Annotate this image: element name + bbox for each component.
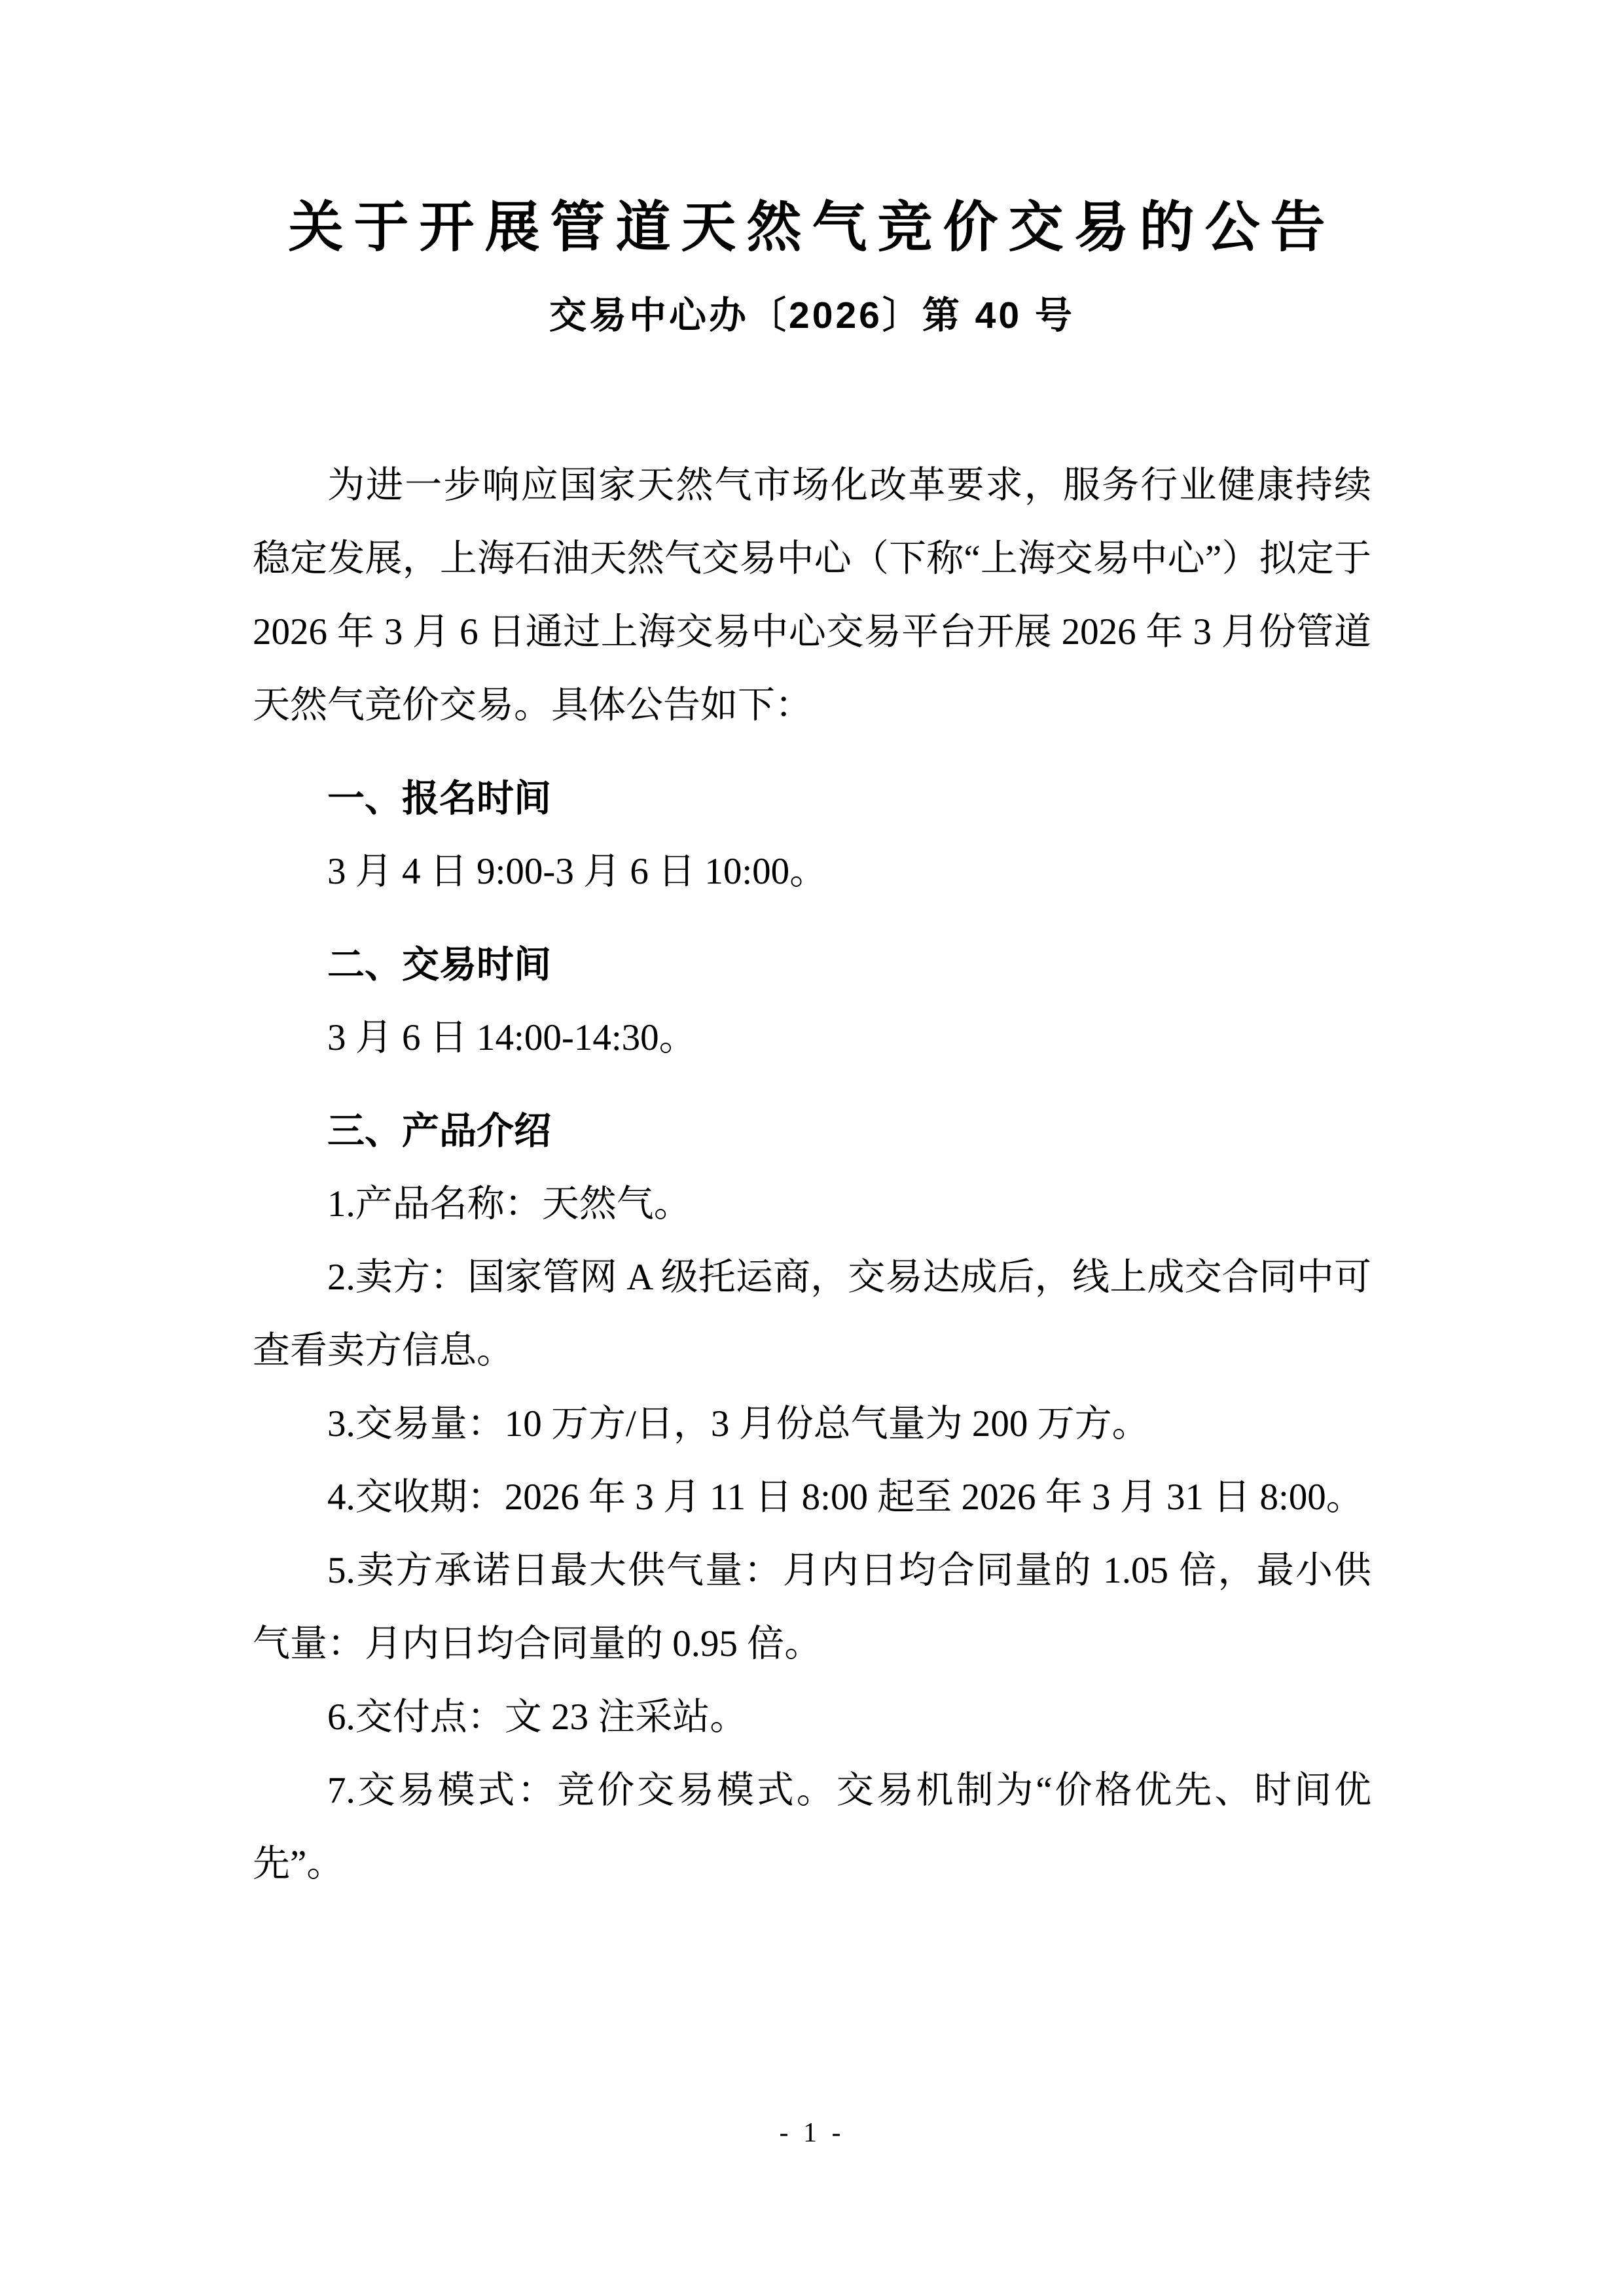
trading-time-value: 3 月 6 日 14:00-14:30。 — [253, 1001, 1371, 1075]
delivery-period-item: 4.交收期：2026 年 3 月 11 日 8:00 起至 2026 年 3 月… — [253, 1461, 1371, 1534]
section-heading-registration-time: 一、报名时间 — [253, 762, 1371, 835]
seller-item: 2.卖方：国家管网 A 级托运商，交易达成后，线上成交合同中可查看卖方信息。 — [253, 1241, 1371, 1388]
registration-time-value: 3 月 4 日 9:00-3 月 6 日 10:00。 — [253, 835, 1371, 908]
trade-volume-item: 3.交易量：10 万方/日，3 月份总气量为 200 万方。 — [253, 1388, 1371, 1461]
page-number: - 1 - — [0, 2117, 1624, 2149]
intro-paragraph: 为进一步响应国家天然气市场化改革要求，服务行业健康持续稳定发展，上海石油天然气交… — [253, 449, 1371, 742]
product-name-item: 1.产品名称：天然气。 — [253, 1168, 1371, 1241]
section-heading-trading-time: 二、交易时间 — [253, 928, 1371, 1001]
document-number: 交易中心办〔2026〕第 40 号 — [253, 293, 1371, 338]
document-page: 关于开展管道天然气竞价交易的公告 交易中心办〔2026〕第 40 号 为进一步响… — [0, 0, 1624, 2296]
trade-mode-item: 7.交易模式：竞价交易模式。交易机制为“价格优先、时间优先”。 — [253, 1754, 1371, 1901]
delivery-point-item: 6.交付点：文 23 注采站。 — [253, 1681, 1371, 1754]
page-title: 关于开展管道天然气竞价交易的公告 — [253, 193, 1371, 262]
supply-commitment-item: 5.卖方承诺日最大供气量：月内日均合同量的 1.05 倍，最小供气量：月内日均合… — [253, 1534, 1371, 1681]
section-heading-product-intro: 三、产品介绍 — [253, 1094, 1371, 1168]
